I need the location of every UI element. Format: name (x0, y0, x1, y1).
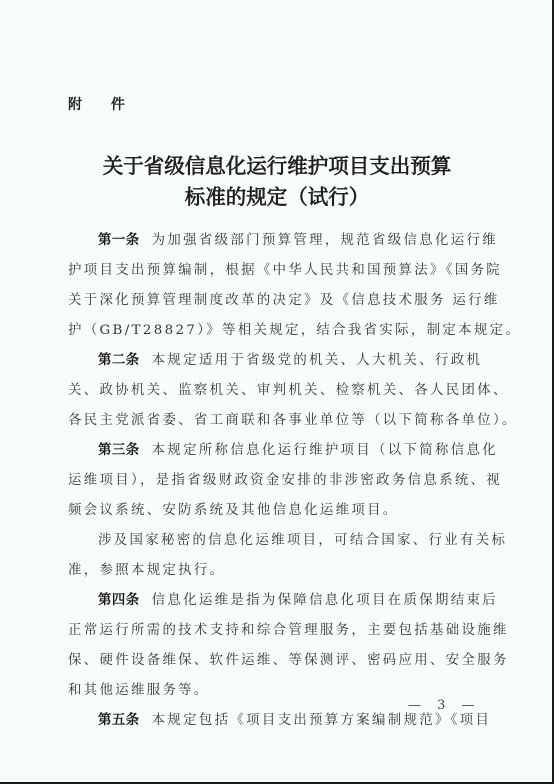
article-text-line: 运维项目），是指省级财政资金安排的非涉密政务信息系统、视 (68, 466, 488, 496)
article-text-line: 保、硬件设备维保、软件运维、等保测评、密码应用、安全服务 (68, 646, 488, 676)
article-1: 第一条为加强省级部门预算管理，规范省级信息化运行维 护项目支出预算编制，根据《中… (68, 226, 488, 346)
page-number: — 3 — (408, 698, 481, 713)
article-heading: 第一条 (98, 233, 140, 248)
article-heading: 第三条 (98, 443, 140, 458)
article-3-supplement: 涉及国家秘密的信息化运维项目，可结合国家、行业有关标 准，参照本规定执行。 (68, 526, 488, 586)
article-text-line: 护（GB/T28827）》等相关规定，结合我省实际，制定本规定。 (68, 316, 488, 346)
article-4: 第四条信息化运维是指为保障信息化项目在质保期结束后 正常运行所需的技术支持和综合… (68, 586, 488, 706)
article-text-line: 本规定适用于省级党的机关、人大机关、行政机 (152, 353, 483, 368)
article-text-line: 为加强省级部门预算管理，规范省级信息化运行维 (152, 233, 498, 248)
article-text-line: 护项目支出预算编制，根据《中华人民共和国预算法》《国务院 (68, 256, 488, 286)
article-text-line: 本规定所称信息化运行维护项目（以下简称信息化 (152, 443, 498, 458)
document-title-line-1: 关于省级信息化运行维护项目支出预算 (0, 149, 554, 179)
article-text-line: 准，参照本规定执行。 (68, 556, 488, 586)
article-3: 第三条本规定所称信息化运行维护项目（以下简称信息化 运维项目），是指省级财政资金… (68, 436, 488, 526)
document-page: 附 件 关于省级信息化运行维护项目支出预算 标准的规定（试行） 第一条为加强省级… (0, 0, 554, 784)
document-body: 第一条为加强省级部门预算管理，规范省级信息化运行维 护项目支出预算编制，根据《中… (68, 226, 488, 736)
article-heading: 第四条 (98, 593, 140, 608)
article-text-line: 关于深化预算管理制度改革的决定》及《信息技术服务 运行维 (68, 286, 488, 316)
article-text-line: 各民主党派省委、省工商联和各事业单位等（以下简称各单位）。 (68, 406, 488, 436)
article-text-line: 关、政协机关、监察机关、审判机关、检察机关、各人民团体、 (68, 376, 488, 406)
article-text-line: 正常运行所需的技术支持和综合管理服务，主要包括基础设施维 (68, 616, 488, 646)
article-text-line: 信息化运维是指为保障信息化项目在质保期结束后 (152, 593, 498, 608)
article-text-line: 频会议系统、安防系统及其他信息化运维项目。 (68, 496, 488, 526)
article-text-line: 本规定包括《项目支出预算方案编制规范》《项目 (152, 713, 492, 728)
article-heading: 第五条 (98, 713, 140, 728)
attachment-label: 附 件 (68, 94, 137, 114)
document-title-line-2: 标准的规定（试行） (0, 180, 554, 210)
article-text-line: 涉及国家秘密的信息化运维项目，可结合国家、行业有关标 (68, 526, 488, 556)
article-2: 第二条本规定适用于省级党的机关、人大机关、行政机 关、政协机关、监察机关、审判机… (68, 346, 488, 436)
article-heading: 第二条 (98, 353, 140, 368)
